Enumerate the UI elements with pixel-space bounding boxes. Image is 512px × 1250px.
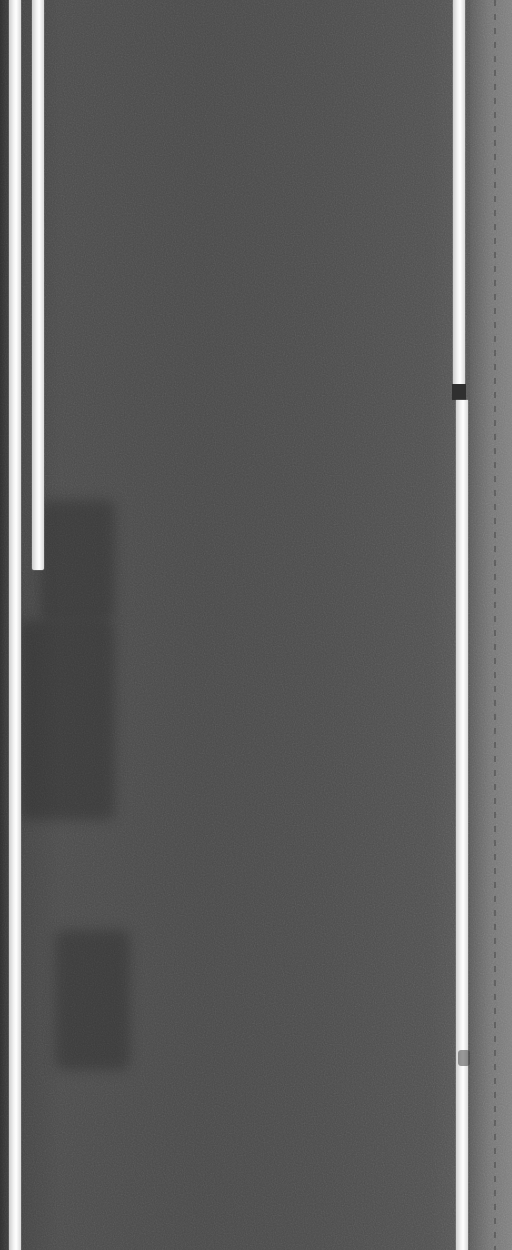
line-blemish [458, 1050, 470, 1066]
shoulder-crack [494, 0, 496, 1250]
dark-patch [55, 930, 130, 1070]
left-edge-line [9, 0, 21, 1250]
right-lane-line-lower [456, 400, 468, 1250]
road-aerial-photo [0, 0, 512, 1250]
right-lane-line-upper [453, 0, 465, 384]
lane-line-break [452, 384, 466, 400]
dark-patch [40, 500, 115, 620]
right-shoulder [470, 0, 512, 1250]
dark-patch [20, 620, 115, 820]
left-inner-line [32, 0, 44, 570]
